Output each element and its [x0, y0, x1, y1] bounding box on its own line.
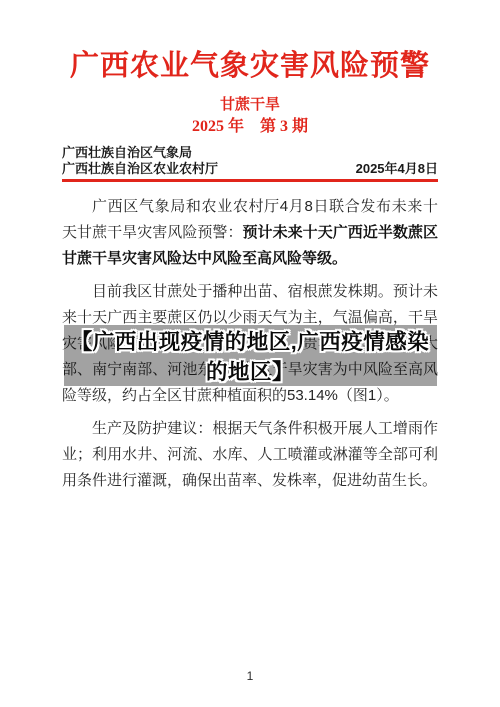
watermark-line-2: 的地区】: [0, 357, 500, 387]
issuer-date-row: 广西壮族自治区农业农村厅 2025年4月8日: [62, 161, 438, 177]
document-title: 广西农业气象灾害风险预警: [62, 46, 438, 86]
document-content: 广西农业气象灾害风险预警 甘蔗干旱 2025 年 第 3 期 广西壮族自治区气象…: [0, 46, 500, 494]
issuer-block: 广西壮族自治区气象局 广西壮族自治区农业农村厅 2025年4月8日: [62, 145, 438, 177]
watermark-line-1: 【广西出现疫情的地区,广西疫情感染: [0, 327, 500, 357]
document-page: 广西农业气象灾害风险预警 甘蔗干旱 2025 年 第 3 期 广西壮族自治区气象…: [0, 0, 500, 707]
document-subtitle: 甘蔗干旱: [62, 97, 438, 114]
issuer-agency-meteorological: 广西壮族自治区气象局: [62, 145, 438, 161]
watermark-text: 【广西出现疫情的地区,广西疫情感染 的地区】: [0, 327, 500, 387]
paragraph-protection-advice: 生产及防护建议：根据天气条件积极开展人工增雨作业；利用水井、河流、水库、人工喷灌…: [62, 416, 438, 494]
paragraph-announcement: 广西区气象局和农业农村厅4月8日联合发布未来十天甘蔗干旱灾害风险预警：预计未来十…: [62, 194, 438, 272]
header-divider-rule: [62, 179, 438, 182]
issue-date: 2025年4月8日: [356, 161, 438, 177]
issuer-agency-agriculture: 广西壮族自治区农业农村厅: [62, 161, 218, 177]
page-number: 1: [0, 669, 500, 683]
issue-number-line: 2025 年 第 3 期: [62, 118, 438, 136]
